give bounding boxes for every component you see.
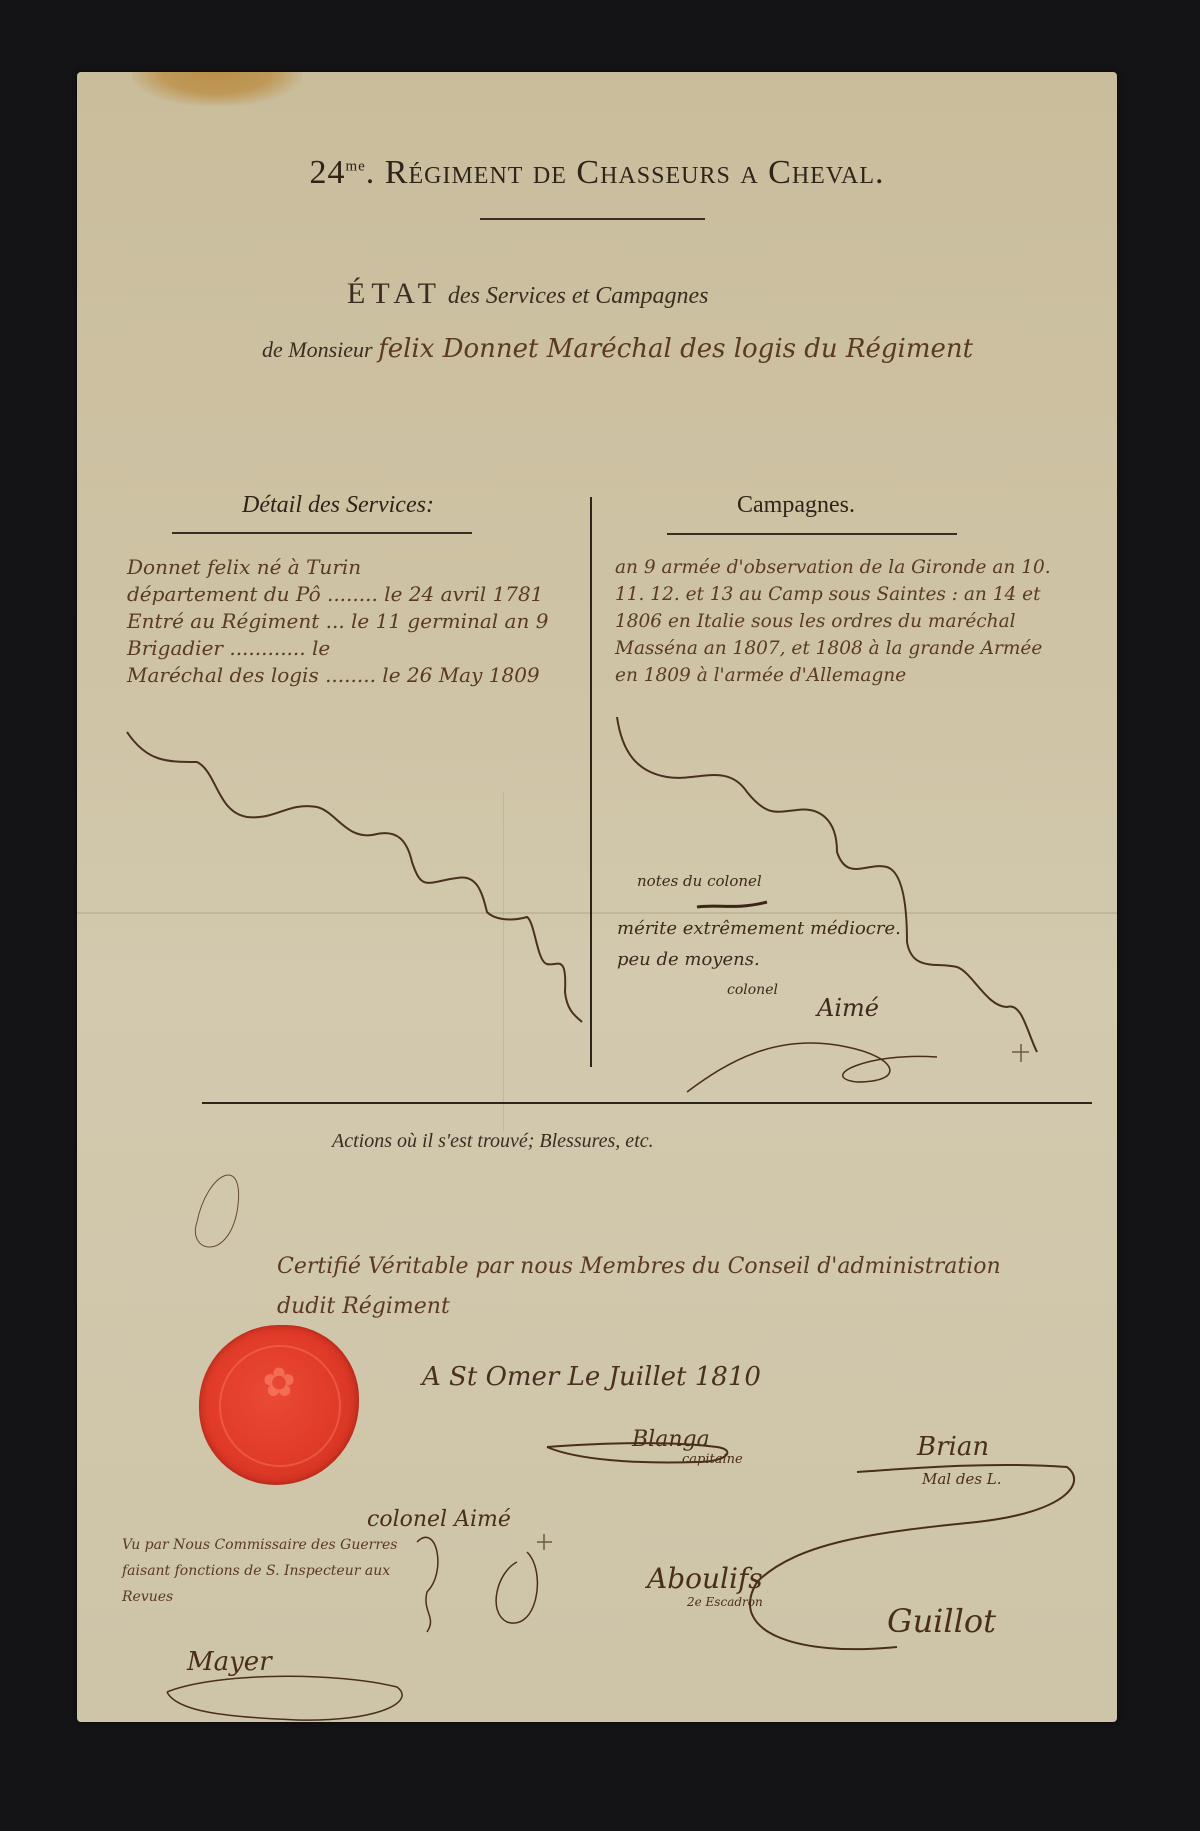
signature-name: Guillot xyxy=(887,1602,996,1640)
signature-blanga: Blanga capitaine xyxy=(632,1427,743,1467)
commissaire-line-3: Revues xyxy=(122,1584,397,1610)
notes-line-2: peu de moyens. xyxy=(617,949,901,970)
actions-label: Actions où il s'est trouvé; Blessures, e… xyxy=(332,1130,654,1153)
notes-line-1: mérite extrêmement médiocre. xyxy=(617,918,901,939)
signature-name: Brian xyxy=(917,1432,989,1462)
signature-title: 2e Escadron xyxy=(687,1595,763,1609)
signature-aboulifs: Aboulifs 2e Escadron xyxy=(647,1562,763,1609)
signature-name: Blanga xyxy=(632,1427,710,1452)
signature-brian: Brian Mal des L. xyxy=(917,1432,1002,1488)
eagle-icon: ✿ xyxy=(199,1359,359,1406)
signature-title: capitaine xyxy=(682,1452,743,1467)
place-date: A St Omer Le Juillet 1810 xyxy=(422,1362,761,1392)
notes-title: notes du colonel xyxy=(637,872,901,890)
signature-name: Mayer xyxy=(187,1647,272,1677)
certification-text: Certifié Véritable par nous Membres du C… xyxy=(277,1247,1001,1327)
signature-name: Aboulifs xyxy=(647,1562,763,1595)
signature-mayer: Mayer xyxy=(187,1647,272,1677)
notes-signature: Aimé xyxy=(817,994,901,1022)
colonel-notes: notes du colonel mérite extrêmement médi… xyxy=(617,872,901,1022)
signature-name: colonel Aimé xyxy=(367,1507,511,1532)
section-bottom-rule xyxy=(202,1102,1092,1104)
signature-title: Mal des L. xyxy=(922,1470,1002,1488)
commissaire-line-2: faisant fonctions de S. Inspecteur aux xyxy=(122,1558,397,1584)
commissaire-note: Vu par Nous Commissaire des Guerres fais… xyxy=(122,1532,397,1610)
certification-line-1: Certifié Véritable par nous Membres du C… xyxy=(277,1247,1001,1287)
commissaire-line-1: Vu par Nous Commissaire des Guerres xyxy=(122,1532,397,1558)
document-sheet: 24me. Régiment de Chasseurs a Cheval. ÉT… xyxy=(77,72,1117,1722)
certification-line-2: dudit Régiment xyxy=(277,1287,1001,1327)
signature-guillot: Guillot xyxy=(887,1602,996,1640)
signature-aime: colonel Aimé xyxy=(367,1507,511,1532)
